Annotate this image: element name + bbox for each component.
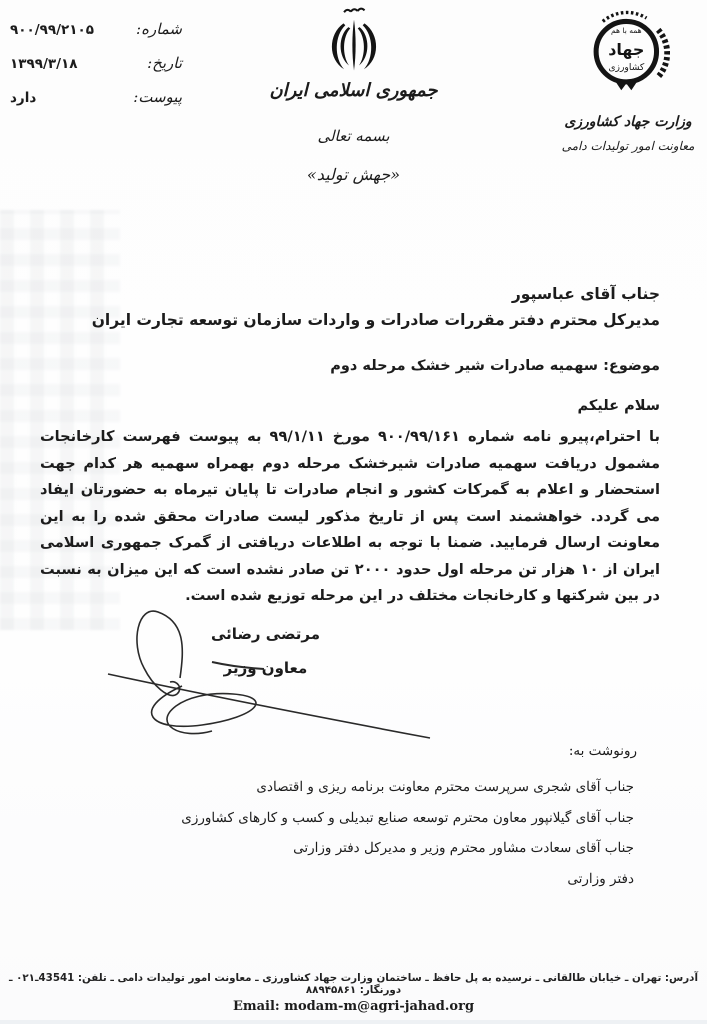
letter-number-label: شماره: [136,20,182,38]
recipient-name: جناب آقای عباسپور [47,281,660,307]
cc-item: جناب آقای شجری سرپرست محترم معاونت برنام… [40,772,634,803]
salutation-line: سلام علیکم [578,398,661,414]
footer-email: Email: modam-m@agri-jahad.org [0,999,707,1014]
scanned-letter-page: شماره: ۹۰۰/۹۹/۲۱۰۵ تاریخ: ۱۳۹۹/۳/۱۸ پیوس… [0,0,707,1024]
subject-line: موضوع: سهمیه صادرات شیر خشک مرحله دوم [330,358,660,374]
letter-date-value: ۱۳۹۹/۳/۱۸ [10,56,78,72]
footer-address: آدرس: تهران ـ خیابان طالقانی ـ نرسیده به… [0,972,707,996]
recipient-title: مدیرکل محترم دفتر مقررات صادرات و واردات… [47,307,660,333]
letter-date-label: تاریخ: [147,54,182,72]
letter-body: با احترام،پیرو نامه شماره ۹۰۰/۹۹/۱۶۱ مور… [40,424,660,610]
jihad-agriculture-logo-icon: همه با هم جهاد کشاورزی [586,8,670,102]
letterhead-center-block: جمهوری اسلامی ایران بسمه تعالی «جهش تولی… [224,6,484,184]
cc-item: جناب آقای گیلانپور معاون محترم توسعه صنا… [40,803,634,834]
cc-label: رونوشت به: [569,743,637,759]
year-slogan-text: «جهش تولید» [224,165,484,184]
signatory-name: مرتضی رضائی [203,617,328,651]
ministry-block: همه با هم جهاد کشاورزی وزارت جهاد کشاورز… [553,8,703,153]
signatory-title: معاون وزیر [203,651,328,685]
letter-footer: آدرس: تهران ـ خیابان طالقانی ـ نرسیده به… [0,972,707,1014]
letter-number-value: ۹۰۰/۹۹/۲۱۰۵ [10,22,94,38]
cc-item: جناب آقای سعادت مشاور محترم وزیر و مدیرک… [40,833,634,864]
recipient-block: جناب آقای عباسپور مدیرکل محترم دفتر مقرر… [47,281,660,333]
besmeleh-text: بسمه تعالی [224,127,484,145]
country-name: جمهوری اسلامی ایران [224,80,484,101]
letter-attachment-label: پیوست: [133,88,182,106]
ministry-name: وزارت جهاد کشاورزی [553,114,703,130]
svg-text:همه با هم: همه با هم [611,26,642,35]
letter-attachment-row: پیوست: دارد [10,88,182,122]
signatory-block: مرتضی رضائی معاون وزیر [203,617,328,685]
scan-bottom-edge [0,1020,707,1024]
letter-date-row: تاریخ: ۱۳۹۹/۳/۱۸ [10,54,182,88]
deputy-name: معاونت امور تولیدات دامی [553,139,703,153]
svg-text:کشاورزی: کشاورزی [608,62,645,73]
letter-number-row: شماره: ۹۰۰/۹۹/۲۱۰۵ [10,20,182,54]
cc-item: دفتر وزارتی [40,864,634,895]
iran-national-emblem-icon [323,6,385,78]
svg-text:جهاد: جهاد [608,40,644,59]
cc-list: جناب آقای شجری سرپرست محترم معاونت برنام… [40,772,634,894]
letter-attachment-value: دارد [10,90,36,106]
letter-meta-block: شماره: ۹۰۰/۹۹/۲۱۰۵ تاریخ: ۱۳۹۹/۳/۱۸ پیوس… [10,20,182,122]
